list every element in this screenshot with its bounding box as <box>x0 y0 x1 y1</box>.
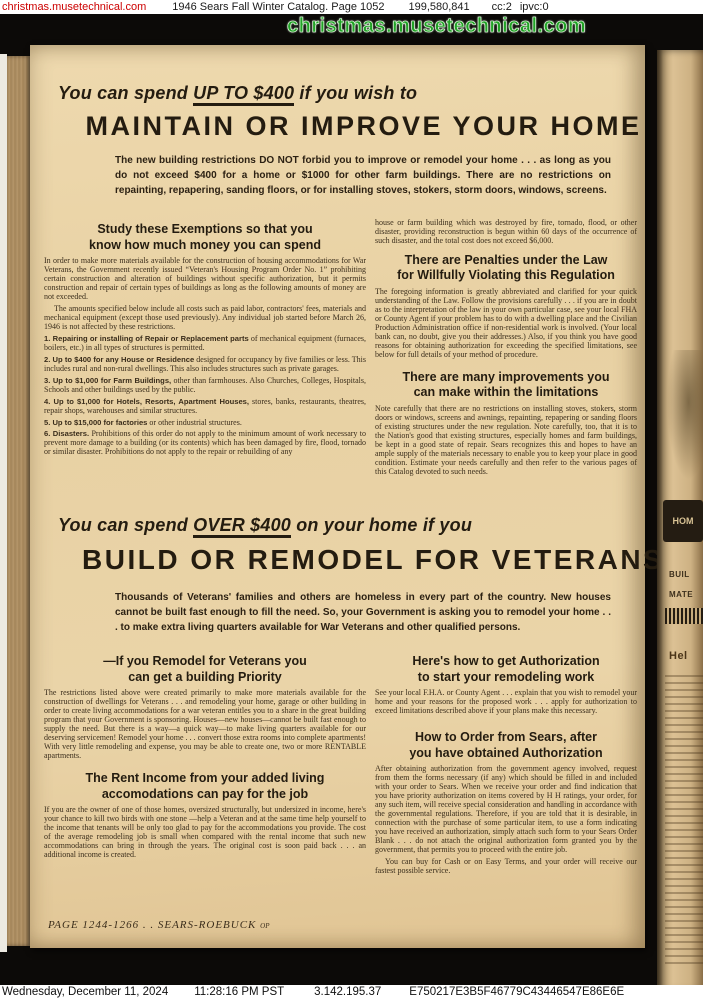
footer-suffix: OP <box>260 922 269 930</box>
adjacent-page-sliver: HOM BUIL MATE Hel <box>657 50 703 985</box>
sliver-logo-badge: HOM <box>663 500 703 542</box>
kicker-underlined: OVER $400 <box>193 515 291 538</box>
cc-count: cc:2 <box>492 0 512 14</box>
site-link[interactable]: christmas.musetechnical.com <box>2 0 146 14</box>
maintain-title: MAINTAIN OR IMPROVE YOUR HOME <box>30 111 645 142</box>
maintain-intro: The new building restrictions DO NOT for… <box>30 153 645 198</box>
priority-heading: —If you Remodel for Veterans you can get… <box>44 654 366 685</box>
footer-text: PAGE 1244-1266 . . SEARS-ROEBUCK <box>48 919 260 931</box>
scan-photo-area: christmas.musetechnical.com You can spen… <box>0 14 703 985</box>
auth-body: See your local F.H.A. or County Agent . … <box>375 689 637 716</box>
order-body2: You can buy for Cash or on Easy Terms, a… <box>375 858 637 876</box>
catalog-page-scan: You can spend UP TO $400 if you wish to … <box>30 45 645 948</box>
improvements-body: Note carefully that there are no restric… <box>375 405 637 477</box>
authorization-column: Here's how to get Authorization to start… <box>375 647 637 879</box>
lower-columns: —If you Remodel for Veterans you can get… <box>30 647 645 879</box>
status-time: 11:28:16 PM PST <box>194 985 284 1000</box>
kicker-post: on your home if you <box>291 515 472 535</box>
catalog-page-title: 1946 Sears Fall Winter Catalog. Page 105… <box>172 0 384 14</box>
priority-body: The restrictions listed above were creat… <box>44 689 366 761</box>
remodel-column: —If you Remodel for Veterans you can get… <box>44 647 366 879</box>
status-ip: 3.142.195.37 <box>314 985 381 1000</box>
site-watermark: christmas.musetechnical.com <box>287 15 586 38</box>
kicker-post: if you wish to <box>294 83 417 103</box>
veterans-kicker: You can spend OVER $400 on your home if … <box>30 515 645 536</box>
status-bar: Wednesday, December 11, 2024 11:28:16 PM… <box>0 985 703 1000</box>
photo-left-edge <box>0 54 7 952</box>
order-heading: How to Order from Sears, after you have … <box>375 730 637 761</box>
maintain-kicker: You can spend UP TO $400 if you wish to <box>30 83 645 104</box>
exemption-item: 4. Up to $1,000 for Hotels, Resorts, Apa… <box>44 398 366 416</box>
penalties-body: The foregoing information is greatly abb… <box>375 288 637 360</box>
top-info-bar: christmas.musetechnical.com 1946 Sears F… <box>0 0 703 14</box>
viewer-window: christmas.musetechnical.com 1946 Sears F… <box>0 0 703 1000</box>
upper-columns: Study these Exemptions so that you know … <box>30 215 645 480</box>
kicker-pre: You can spend <box>58 83 193 103</box>
continuation-para: house or farm building which was destroy… <box>375 219 637 246</box>
exemptions-para1: In order to make more materials availabl… <box>44 257 366 302</box>
veterans-title: BUILD OR REMODEL FOR VETERANS <box>30 544 645 576</box>
sliver-photo-smudge <box>667 350 703 480</box>
auth-heading: Here's how to get Authorization to start… <box>375 654 637 685</box>
rent-body: If you are the owner of one of those hom… <box>44 806 366 860</box>
sliver-fragment: BUIL <box>669 570 690 579</box>
exemption-item: 5. Up to $15,000 for factories or other … <box>44 419 366 428</box>
exemptions-para2: The amounts specified below include all … <box>44 305 366 332</box>
order-body: After obtaining authorization from the g… <box>375 765 637 855</box>
page-footer: PAGE 1244-1266 . . SEARS-ROEBUCK OP <box>48 919 269 931</box>
sliver-dark-band <box>665 608 703 624</box>
exemption-item: 6. Disasters. Prohibitions of this order… <box>44 430 366 457</box>
status-date: Wednesday, December 11, 2024 <box>2 985 168 1000</box>
status-session-id: E750217E3B5F46779C43446547E86E6E <box>409 985 624 1000</box>
view-counter: 199,580,841 <box>408 0 469 14</box>
exemptions-heading: Study these Exemptions so that you know … <box>44 222 366 253</box>
book-page-stack-edge <box>7 56 31 946</box>
kicker-underlined: UP TO $400 <box>193 83 294 106</box>
exemptions-column: Study these Exemptions so that you know … <box>44 215 366 480</box>
ipvc-count: ipvc:0 <box>520 0 549 14</box>
penalties-column: house or farm building which was destroy… <box>375 215 637 480</box>
exemption-item: 3. Up to $1,000 for Farm Buildings, othe… <box>44 377 366 395</box>
exemption-item: 2. Up to $400 for any House or Residence… <box>44 356 366 374</box>
veterans-intro: Thousands of Veterans' families and othe… <box>30 590 645 635</box>
sliver-fragment: Hel <box>669 650 688 662</box>
improvements-heading: There are many improvements you can make… <box>375 370 637 401</box>
penalties-heading: There are Penalties under the Law for Wi… <box>375 253 637 284</box>
sliver-fragment: MATE <box>669 590 693 599</box>
kicker-pre: You can spend <box>58 515 193 535</box>
sliver-text-smudge <box>665 675 703 965</box>
rent-heading: The Rent Income from your added living a… <box>44 771 366 802</box>
exemption-item: 1. Repairing or installing of Repair or … <box>44 335 366 353</box>
